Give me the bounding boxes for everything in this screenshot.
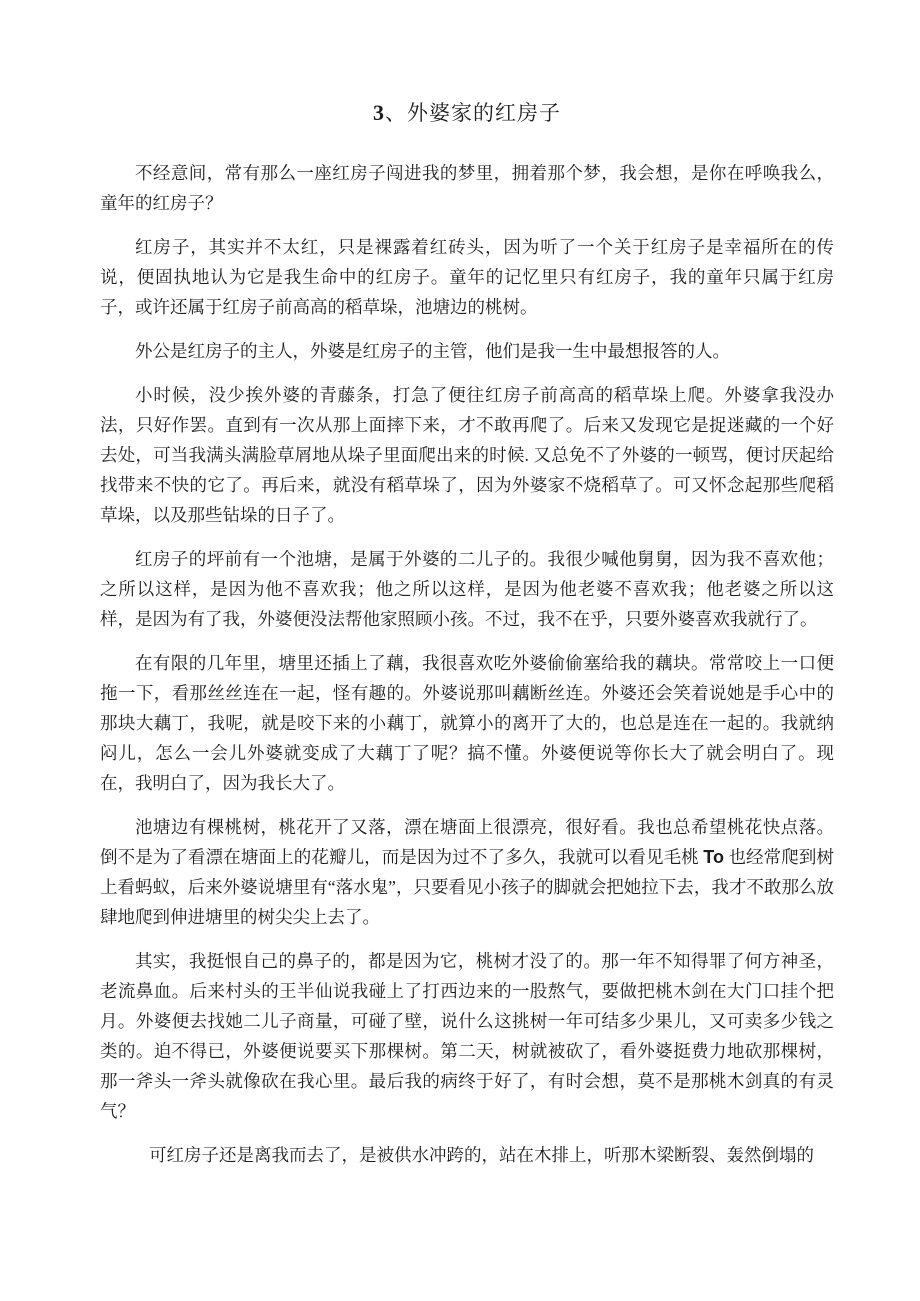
paragraph-3: 外公是红房子的主人，外婆是红房子的主管，他们是我一生中最想报答的人。 (100, 336, 834, 366)
paragraph-4: 小时候，没少挨外婆的青藤条，打急了便往红房子前高高的稻草垛上爬。外婆拿我没办法，… (100, 380, 834, 530)
document-title: 3、外婆家的红房子 (100, 98, 834, 128)
paragraph-2: 红房子，其实并不太红，只是裸露着红砖头，因为听了一个关于红房子是幸福所在的传说，… (100, 232, 834, 322)
paragraph-8: 其实，我挺恨自己的鼻子的，都是因为它，桃树才没了的。那一年不知得罪了何方神圣，老… (100, 946, 834, 1126)
paragraph-6: 在有限的几年里，塘里还插上了藕，我很喜欢吃外婆偷偷塞给我的藕块。常常咬上一口便拖… (100, 648, 834, 798)
paragraph-7: 池塘边有棵桃树，桃花开了又落，漂在塘面上很漂亮，很好看。我也总希望桃花快点落。倒… (100, 812, 834, 932)
document-page: 3、外婆家的红房子 不经意间，常有那么一座红房子闯进我的梦里，拥着那个梦，我会想… (0, 0, 920, 1301)
title-number: 3 (373, 100, 385, 125)
bold-to-text: To (703, 847, 724, 867)
paragraph-5: 红房子的坪前有一个池塘，是属于外婆的二儿子的。我很少喊他舅舅，因为我不喜欢他；之… (100, 544, 834, 634)
paragraph-1: 不经意间，常有那么一座红房子闯进我的梦里，拥着那个梦，我会想，是你在呼唤我么，童… (100, 158, 834, 218)
paragraph-9: 可红房子还是离我而去了，是被供水冲跨的，站在木排上，听那木梁断裂、轰然倒塌的 (100, 1140, 834, 1170)
title-text: 、外婆家的红房子 (385, 101, 561, 125)
